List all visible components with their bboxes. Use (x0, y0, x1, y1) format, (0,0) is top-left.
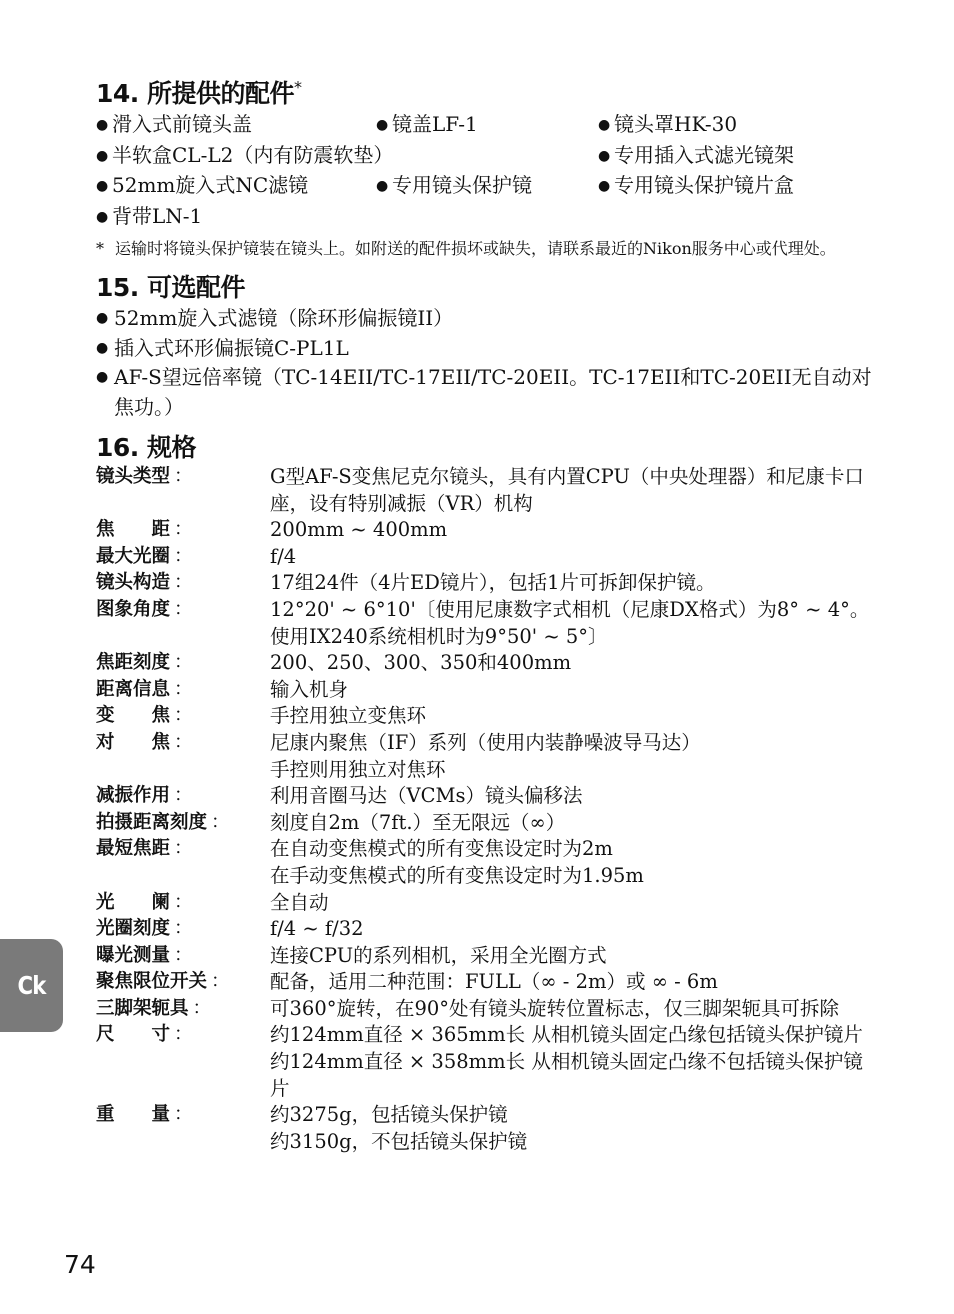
spec-label-text: 焦距刻度 (96, 652, 170, 673)
spec-value: 全自动 (270, 890, 876, 917)
spec-value-line: 尼康内聚焦（IF）系列（使用内装静噪波导马达） (270, 730, 876, 757)
spec-row: 图象角度：12°20' ~ 6°10'〔使用尼康数字式相机（尼康DX格式）为8°… (96, 597, 876, 650)
list-item: ●52mm旋入式NC滤镜 (96, 171, 376, 202)
spec-value: 利用音圈马达（VCMs）镜头偏移法 (270, 783, 876, 810)
spec-row: 拍摄距离刻度：刻度自2m（7ft.）至无限远（∞） (96, 810, 876, 837)
spec-value-line: 输入机身 (270, 677, 876, 704)
list-item-text: 52mm旋入式NC滤镜 (112, 173, 308, 197)
spec-label: 曝光测量： (96, 943, 270, 970)
spec-label-colon: ： (211, 971, 230, 992)
spec-label-text: 对 焦 (96, 732, 170, 753)
list-item: ●镜头罩HK-30 (598, 110, 876, 141)
bullet-icon: ● (96, 142, 112, 172)
bullet-icon: ● (96, 203, 112, 233)
spec-value-line: 约124mm直径 × 365mm长 从相机镜头固定凸缘包括镜头保护镜片 (270, 1022, 876, 1049)
spec-value: 连接CPU的系列相机，采用全光圈方式 (270, 943, 876, 970)
list-item-text: 镜头罩HK-30 (614, 112, 737, 136)
spec-label: 最大光圈： (96, 544, 270, 571)
spec-value-line: 在自动变焦模式的所有变焦设定时为2m (270, 836, 876, 863)
section-optional-accessories: 15. 可选配件 ●52mm旋入式滤镜（除环形偏振镜II） ●插入式环形偏振镜C… (96, 272, 876, 422)
spec-label-colon: ： (174, 466, 193, 487)
spec-label: 光 阑： (96, 890, 270, 917)
spec-row: 对 焦：尼康内聚焦（IF）系列（使用内装静噪波导马达）手控则用独立对焦环 (96, 730, 876, 783)
list-item: ●专用镜头保护镜片盒 (598, 171, 876, 202)
spec-row: 镜头构造：17组24件（4片ED镜片），包括1片可拆卸保护镜。 (96, 570, 876, 597)
section-supplied-accessories: 14. 所提供的配件* ●滑入式前镜头盖 ●镜盖LF-1 ●镜头罩HK-30 ●… (96, 78, 876, 262)
bullet-icon: ● (96, 172, 112, 202)
bullet-icon: ● (96, 334, 114, 364)
spec-value-line: 约3150g，不包括镜头保护镜 (270, 1129, 876, 1156)
spec-label: 距离信息： (96, 677, 270, 704)
spec-value-line: 约124mm直径 × 358mm长 从相机镜头固定凸缘不包括镜头保护镜片 (270, 1049, 876, 1102)
spec-value: 200、250、300、350和400mm (270, 650, 876, 677)
spec-value: 刻度自2m（7ft.）至无限远（∞） (270, 810, 876, 837)
spec-label-text: 距离信息 (96, 679, 170, 700)
spec-label-colon: ： (174, 599, 193, 620)
spec-label-text: 最大光圈 (96, 546, 170, 567)
spec-value-line: 全自动 (270, 890, 876, 917)
list-item-text: 半软盒CL-L2（内有防震软垫） (112, 143, 393, 167)
language-tab-label: Ck (17, 971, 45, 1000)
spec-label-colon: ： (174, 785, 193, 806)
section-specifications: 16. 规格 镜头类型：G型AF-S变焦尼克尔镜头，具有内置CPU（中央处理器）… (96, 432, 876, 1155)
spec-row: 焦距刻度：200、250、300、350和400mm (96, 650, 876, 677)
spec-value-line: G型AF-S变焦尼克尔镜头，具有内置CPU（中央处理器）和尼康卡口座，设有特别减… (270, 464, 876, 517)
spec-label-text: 减振作用 (96, 785, 170, 806)
spec-row: 尺 寸：约124mm直径 × 365mm长 从相机镜头固定凸缘包括镜头保护镜片约… (96, 1022, 876, 1102)
spec-value: 尼康内聚焦（IF）系列（使用内装静噪波导马达）手控则用独立对焦环 (270, 730, 876, 783)
spec-value: f/4 (270, 544, 876, 571)
spec-row: 变 焦：手控用独立变焦环 (96, 703, 876, 730)
footnote-mark: * (96, 236, 115, 262)
spec-value-line: 200、250、300、350和400mm (270, 650, 876, 677)
spec-label-text: 最短焦距 (96, 838, 170, 859)
spec-value-line: f/4 (270, 544, 876, 571)
spec-value: 约3275g，包括镜头保护镜约3150g，不包括镜头保护镜 (270, 1102, 876, 1155)
footnote-text: 运输时将镜头保护镜装在镜头上。如附送的配件损坏或缺失，请联系最近的Nikon服务… (115, 236, 836, 262)
spec-value-line: 可360°旋转，在90°处有镜头旋转位置标志，仅三脚架轭具可拆除 (270, 996, 876, 1023)
list-item: ●插入式环形偏振镜C-PL1L (96, 334, 876, 364)
spec-value-line: f/4 ~ f/32 (270, 916, 876, 943)
spec-label-text: 聚焦限位开关 (96, 971, 207, 992)
spec-label-text: 三脚架轭具 (96, 998, 189, 1019)
spec-label: 图象角度： (96, 597, 270, 650)
accessory-list: ●滑入式前镜头盖 ●镜盖LF-1 ●镜头罩HK-30 ●半软盒CL-L2（内有防… (96, 110, 876, 232)
spec-label-text: 尺 寸 (96, 1024, 170, 1045)
spec-label-text: 重 量 (96, 1104, 170, 1125)
spec-label-colon: ： (211, 812, 230, 833)
spec-label-colon: ： (174, 1024, 193, 1045)
bullet-icon: ● (96, 304, 114, 334)
spec-label-text: 曝光测量 (96, 945, 170, 966)
spec-value: 可360°旋转，在90°处有镜头旋转位置标志，仅三脚架轭具可拆除 (270, 996, 876, 1023)
spec-row: 镜头类型：G型AF-S变焦尼克尔镜头，具有内置CPU（中央处理器）和尼康卡口座，… (96, 464, 876, 517)
spec-label-text: 拍摄距离刻度 (96, 812, 207, 833)
spec-value-line: 利用音圈马达（VCMs）镜头偏移法 (270, 783, 876, 810)
list-item: ●专用镜头保护镜 (376, 171, 598, 202)
spec-label-text: 变 焦 (96, 705, 170, 726)
bullet-icon: ● (598, 172, 614, 202)
page-number: 74 (64, 1250, 96, 1279)
list-item: ●滑入式前镜头盖 (96, 110, 376, 141)
spec-label: 减振作用： (96, 783, 270, 810)
spec-row: 距离信息：输入机身 (96, 677, 876, 704)
list-item: ●专用插入式滤光镜架 (598, 141, 876, 172)
spec-row: 最大光圈：f/4 (96, 544, 876, 571)
spec-value: f/4 ~ f/32 (270, 916, 876, 943)
spec-value-line: 在手动变焦模式的所有变焦设定时为1.95m (270, 863, 876, 890)
asterisk-mark: * (294, 78, 302, 97)
spec-value: 配备，适用二种范围：FULL（∞ - 2m）或 ∞ - 6m (270, 969, 876, 996)
spec-value: 17组24件（4片ED镜片），包括1片可拆卸保护镜。 (270, 570, 876, 597)
spec-label-colon: ： (174, 892, 193, 913)
list-item: ●背带LN-1 (96, 202, 376, 233)
list-item: ●半软盒CL-L2（内有防震软垫） (96, 141, 598, 172)
spec-value: 200mm ~ 400mm (270, 517, 876, 544)
spec-row: 减振作用：利用音圈马达（VCMs）镜头偏移法 (96, 783, 876, 810)
spec-label-colon: ： (174, 945, 193, 966)
spec-label-colon: ： (174, 838, 193, 859)
bullet-icon: ● (598, 142, 614, 172)
spec-row: 重 量：约3275g，包括镜头保护镜约3150g，不包括镜头保护镜 (96, 1102, 876, 1155)
spec-label: 变 焦： (96, 703, 270, 730)
spec-value-line: 12°20' ~ 6°10'〔使用尼康数字式相机（尼康DX格式）为8° ~ 4°… (270, 597, 876, 650)
spec-label: 拍摄距离刻度： (96, 810, 270, 837)
spec-label: 对 焦： (96, 730, 270, 783)
list-item: ●52mm旋入式滤镜（除环形偏振镜II） (96, 304, 876, 334)
spec-label-text: 光圈刻度 (96, 918, 170, 939)
spec-row: 光 阑：全自动 (96, 890, 876, 917)
spec-value-line: 配备，适用二种范围：FULL（∞ - 2m）或 ∞ - 6m (270, 969, 876, 996)
list-item-text: 52mm旋入式滤镜（除环形偏振镜II） (114, 304, 453, 334)
spec-value-line: 17组24件（4片ED镜片），包括1片可拆卸保护镜。 (270, 570, 876, 597)
spec-label-colon: ： (174, 732, 193, 753)
list-item-text: 镜盖LF-1 (392, 112, 478, 136)
list-item-text: 插入式环形偏振镜C-PL1L (114, 334, 349, 364)
spec-row: 焦 距：200mm ~ 400mm (96, 517, 876, 544)
spec-table: 镜头类型：G型AF-S变焦尼克尔镜头，具有内置CPU（中央处理器）和尼康卡口座，… (96, 464, 876, 1155)
spec-value: 约124mm直径 × 365mm长 从相机镜头固定凸缘包括镜头保护镜片约124m… (270, 1022, 876, 1102)
spec-label-text: 镜头构造 (96, 572, 170, 593)
list-item: ●镜盖LF-1 (376, 110, 598, 141)
section-title: 14. 所提供的配件* (96, 78, 876, 110)
spec-value-line: 手控用独立变焦环 (270, 703, 876, 730)
spec-label-colon: ： (174, 679, 193, 700)
list-item-text: 专用镜头保护镜片盒 (614, 173, 794, 197)
bullet-icon: ● (96, 363, 114, 422)
spec-value: G型AF-S变焦尼克尔镜头，具有内置CPU（中央处理器）和尼康卡口座，设有特别减… (270, 464, 876, 517)
spec-value: 手控用独立变焦环 (270, 703, 876, 730)
spec-label: 镜头类型： (96, 464, 270, 517)
bullet-icon: ● (376, 111, 392, 141)
spec-label-text: 图象角度 (96, 599, 170, 620)
spec-value-line: 手控则用独立对焦环 (270, 757, 876, 784)
spec-value: 12°20' ~ 6°10'〔使用尼康数字式相机（尼康DX格式）为8° ~ 4°… (270, 597, 876, 650)
spec-label-colon: ： (193, 998, 212, 1019)
spec-label-text: 焦 距 (96, 519, 170, 540)
spec-label-colon: ： (174, 572, 193, 593)
section-title: 15. 可选配件 (96, 272, 876, 304)
section-title: 16. 规格 (96, 432, 876, 464)
spec-row: 光圈刻度：f/4 ~ f/32 (96, 916, 876, 943)
spec-label-colon: ： (174, 652, 193, 673)
spec-label-text: 镜头类型 (96, 466, 170, 487)
list-item-text: 背带LN-1 (112, 204, 202, 228)
list-item: ●AF-S望远倍率镜（TC-14EII/TC-17EII/TC-20EII。TC… (96, 363, 876, 422)
spec-value-line: 约3275g，包括镜头保护镜 (270, 1102, 876, 1129)
spec-value: 输入机身 (270, 677, 876, 704)
footnote: * 运输时将镜头保护镜装在镜头上。如附送的配件损坏或缺失，请联系最近的Nikon… (96, 236, 876, 262)
list-item-text: 滑入式前镜头盖 (112, 112, 252, 136)
list-item-text: 专用镜头保护镜 (392, 173, 532, 197)
bullet-icon: ● (96, 111, 112, 141)
spec-label-colon: ： (174, 705, 193, 726)
spec-label: 重 量： (96, 1102, 270, 1155)
list-item-text: AF-S望远倍率镜（TC-14EII/TC-17EII/TC-20EII。TC-… (114, 363, 876, 422)
spec-label: 镜头构造： (96, 570, 270, 597)
spec-label: 尺 寸： (96, 1022, 270, 1102)
spec-value-line: 200mm ~ 400mm (270, 517, 876, 544)
spec-value-line: 刻度自2m（7ft.）至无限远（∞） (270, 810, 876, 837)
spec-label-colon: ： (174, 519, 193, 540)
spec-label: 光圈刻度： (96, 916, 270, 943)
spec-value: 在自动变焦模式的所有变焦设定时为2m在手动变焦模式的所有变焦设定时为1.95m (270, 836, 876, 889)
spec-row: 曝光测量：连接CPU的系列相机，采用全光圈方式 (96, 943, 876, 970)
spec-label-text: 光 阑 (96, 892, 170, 913)
spec-row: 最短焦距：在自动变焦模式的所有变焦设定时为2m在手动变焦模式的所有变焦设定时为1… (96, 836, 876, 889)
spec-value-line: 连接CPU的系列相机，采用全光圈方式 (270, 943, 876, 970)
manual-page: 14. 所提供的配件* ●滑入式前镜头盖 ●镜盖LF-1 ●镜头罩HK-30 ●… (96, 78, 876, 1155)
optional-accessory-list: ●52mm旋入式滤镜（除环形偏振镜II） ●插入式环形偏振镜C-PL1L ●AF… (96, 304, 876, 422)
spec-label: 焦距刻度： (96, 650, 270, 677)
language-tab: Ck (0, 939, 63, 1032)
section-title-text: 14. 所提供的配件 (96, 79, 294, 108)
spec-label: 三脚架轭具： (96, 996, 270, 1023)
spec-label: 最短焦距： (96, 836, 270, 889)
bullet-icon: ● (376, 172, 392, 202)
spec-row: 聚焦限位开关：配备，适用二种范围：FULL（∞ - 2m）或 ∞ - 6m (96, 969, 876, 996)
spec-label-colon: ： (174, 918, 193, 939)
list-item-text: 专用插入式滤光镜架 (614, 143, 794, 167)
spec-label: 聚焦限位开关： (96, 969, 270, 996)
bullet-icon: ● (598, 111, 614, 141)
spec-label-colon: ： (174, 546, 193, 567)
spec-row: 三脚架轭具：可360°旋转，在90°处有镜头旋转位置标志，仅三脚架轭具可拆除 (96, 996, 876, 1023)
spec-label: 焦 距： (96, 517, 270, 544)
spec-label-colon: ： (174, 1104, 193, 1125)
